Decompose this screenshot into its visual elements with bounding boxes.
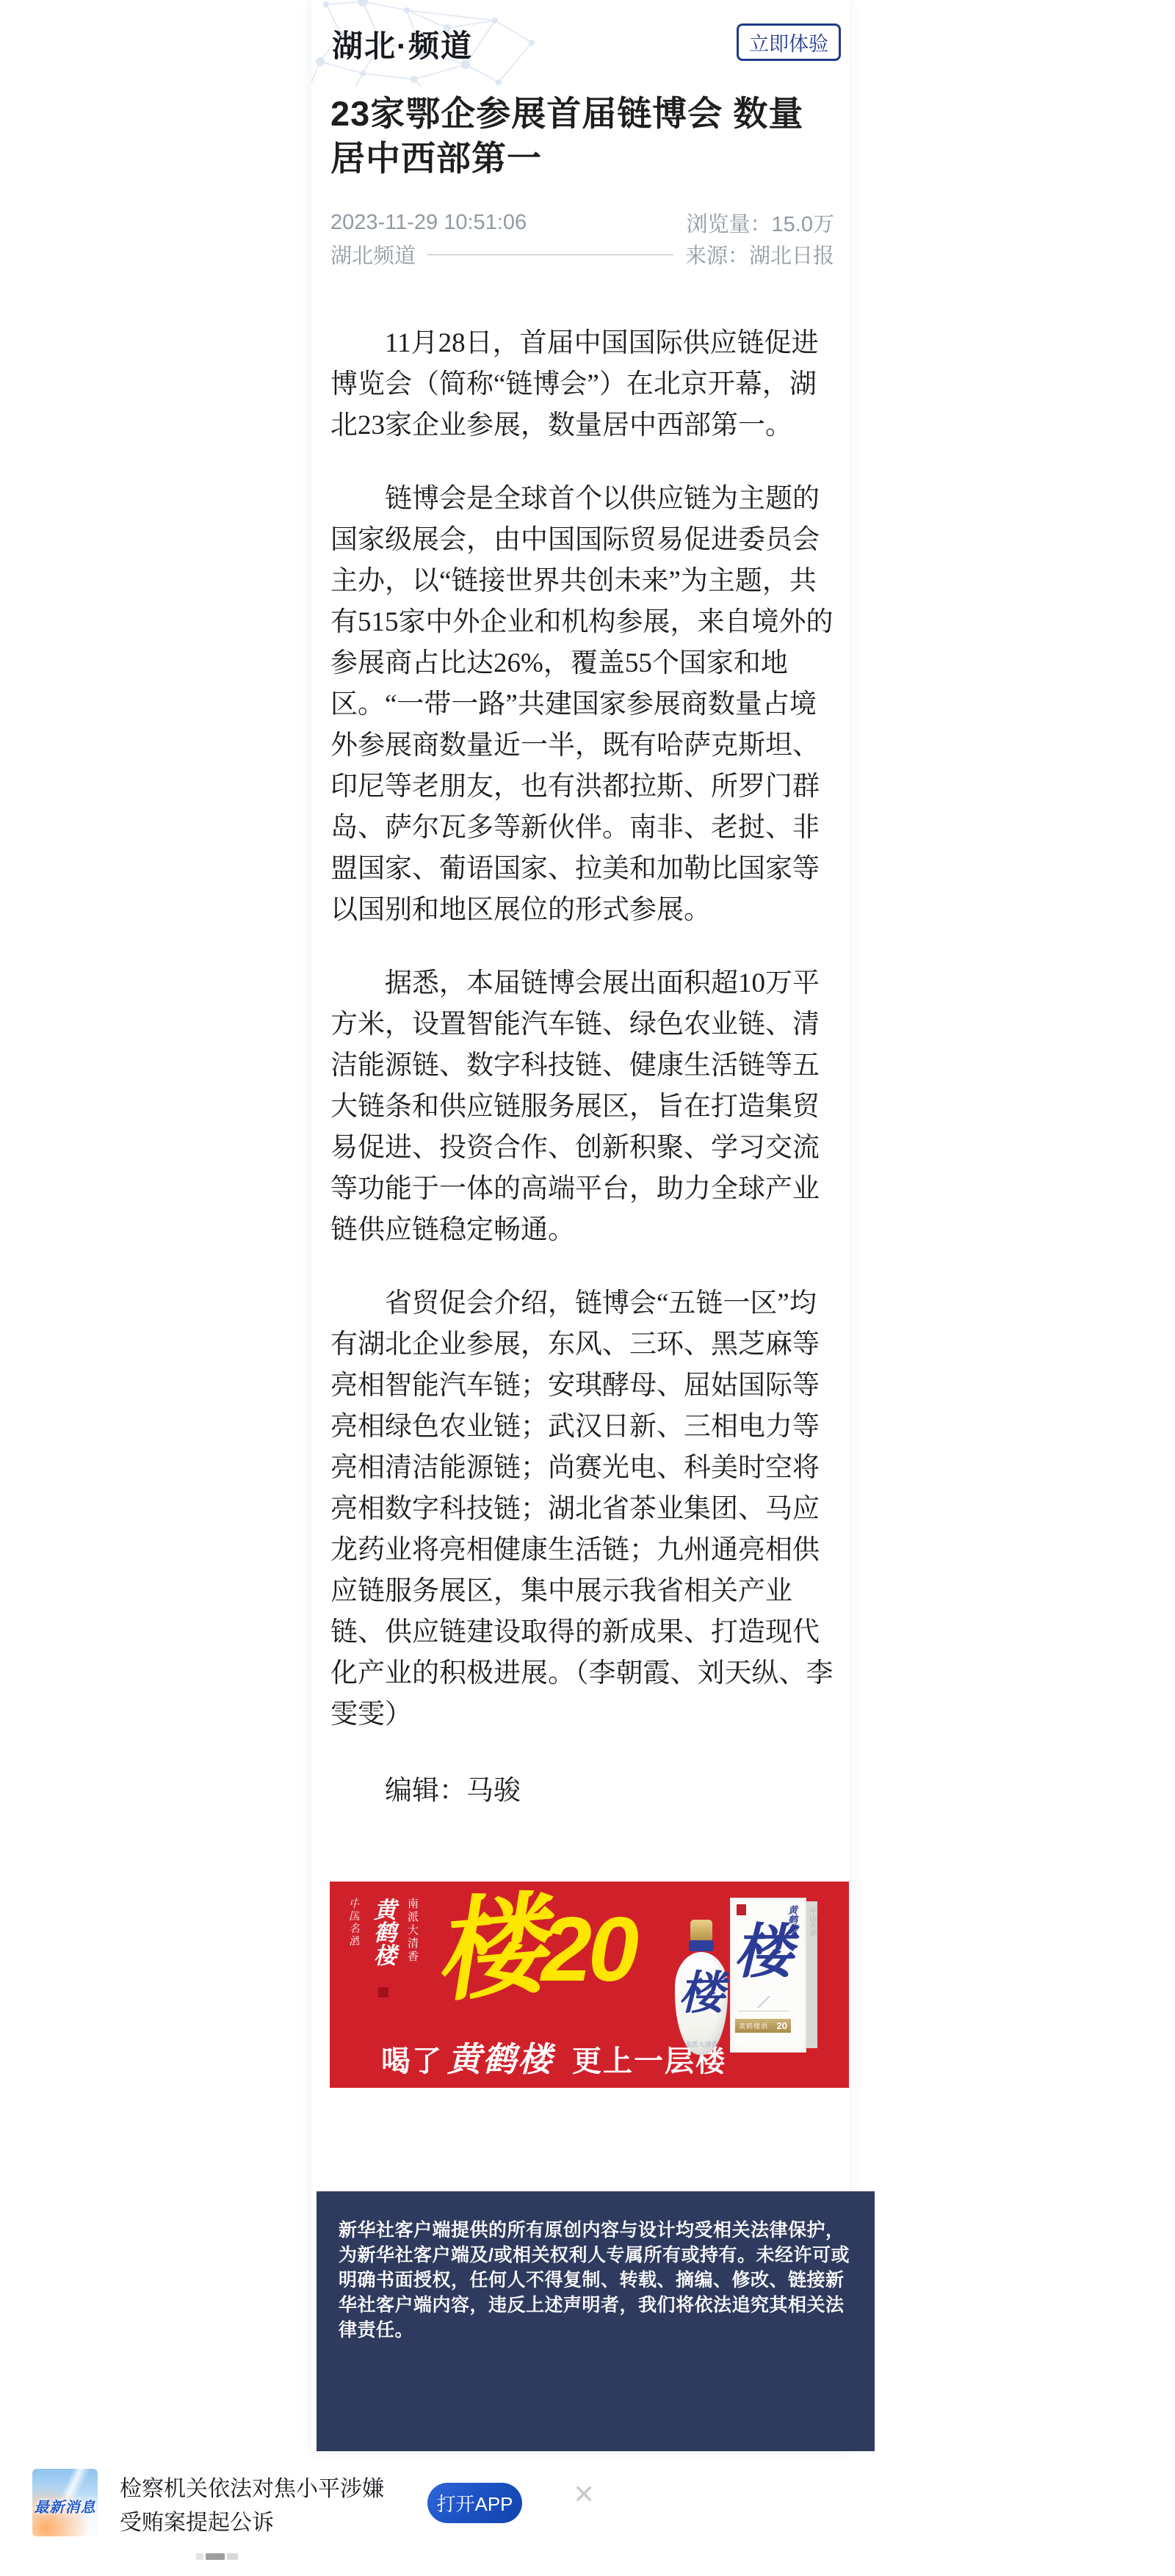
box-side-text: 中国名酒 — [806, 1907, 817, 2017]
liquor-box-graphic: 黄鹤楼 楼 黄鹤楼酒 20 中国名酒 — [730, 1898, 818, 2053]
try-now-button[interactable]: 立即体验 — [737, 23, 841, 61]
channel-header: 湖北·频道 立即体验 — [311, 0, 850, 87]
carousel-segment — [196, 2553, 203, 2560]
ad-tagline-brand: 黄鹤楼 — [447, 2041, 553, 2078]
liquor-bottle-graphic: 楼 南派大清香 — [675, 1920, 728, 2055]
meta-divider-line — [427, 254, 673, 255]
ad-brand-left-text: 中国名酒 — [346, 1898, 361, 1961]
open-app-button[interactable]: 打开APP — [427, 2483, 522, 2523]
channel-label: 湖北频道 — [330, 239, 416, 269]
box-front: 黄鹤楼 楼 黄鹤楼酒 20 — [730, 1898, 806, 2053]
ad-brand-name: 黄鹤楼 — [366, 1898, 399, 1984]
article-body: 11月28日，首届中国国际供应链促进博览会（简称“链博会”）在北京开幕，湖北23… — [330, 297, 837, 1812]
box-strip-text: 黄鹤楼酒 — [739, 2021, 768, 2031]
bottle-body: 楼 南派大清香 — [675, 1952, 728, 2055]
ad-big-headline: 楼 20 — [434, 1895, 635, 2005]
ad-brand-seal — [378, 1987, 388, 1998]
box-char: 楼 — [731, 1923, 795, 1982]
ad-big-number: 20 — [541, 1904, 635, 1995]
paragraph: 链博会是全球首个以供应链为主题的国家级展会，由中国国际贸易促进委员会主办，以“链… — [330, 479, 837, 931]
ad-tagline-pre: 喝了 — [381, 2045, 443, 2078]
paragraph: 省贸促会介绍，链博会“五链一区”均有湖北企业参展，东风、三环、黑芝麻等亮相智能汽… — [330, 1283, 837, 1735]
ad-big-char: 楼 — [430, 1890, 549, 2010]
ad-brand-logo: 中国名酒 黄鹤楼 南派大清香 — [346, 1898, 420, 1998]
bottle-collar — [689, 1940, 714, 1951]
bottle-cap — [690, 1920, 712, 1940]
publish-date: 2023-11-29 10:51:06 — [330, 211, 527, 235]
close-icon[interactable]: ✕ — [573, 2481, 595, 2508]
ad-brand-slogan-vertical: 南派大清香 — [405, 1898, 420, 1974]
view-count: 浏览量：15.0万 — [687, 208, 834, 238]
paragraph: 11月28日，首届中国国际供应链促进博览会（简称“链博会”）在北京开幕，湖北23… — [330, 323, 837, 446]
news-thumbnail[interactable]: 最新消息 — [32, 2469, 98, 2536]
article-title: 23家鄂企参展首届链博会 数量居中西部第一 — [330, 91, 839, 181]
copyright-disclaimer-box: 新华社客户端提供的所有原创内容与设计均受相关法律保护，为新华社客户端及/或相关权… — [317, 2191, 875, 2451]
carousel-indicator — [196, 2553, 238, 2560]
box-strip-number: 20 — [777, 2020, 787, 2031]
meta-row-1: 2023-11-29 10:51:06 浏览量：15.0万 — [330, 207, 834, 239]
box-gold-strip: 黄鹤楼酒 20 — [735, 2019, 791, 2033]
editor-line: 编辑：马骏 — [330, 1771, 837, 1812]
bottle-small-text: 南派大清香 — [675, 2039, 728, 2049]
box-seal — [737, 1904, 746, 1915]
box-pagoda-art — [738, 1992, 789, 2011]
box-side: 中国名酒 — [806, 1901, 817, 2048]
carousel-segment-active — [206, 2553, 225, 2560]
liquor-ad-banner[interactable]: 中国名酒 黄鹤楼 南派大清香 楼 20 喝了黄鹤楼更上一层楼 楼 南派大清香 — [330, 1882, 849, 2088]
bottle-char: 楼 — [675, 1971, 728, 2017]
channel-title: 湖北·频道 — [332, 22, 473, 66]
meta-row-2: 湖北频道 来源：湖北日报 — [330, 239, 834, 270]
paragraph: 据悉，本届链博会展出面积超10万平方米，设置智能汽车链、绿色农业链、清洁能源链、… — [330, 963, 837, 1251]
copyright-disclaimer-text: 新华社客户端提供的所有原创内容与设计均受相关法律保护，为新华社客户端及/或相关权… — [339, 2218, 853, 2343]
article-meta: 2023-11-29 10:51:06 浏览量：15.0万 湖北频道 来源：湖北… — [330, 207, 834, 270]
app-promo-bar: 最新消息 检察机关依法对焦小平涉嫌受贿案提起公诉 打开APP ✕ — [0, 2461, 1175, 2576]
source-label: 来源：湖北日报 — [685, 239, 834, 269]
promo-news-headline[interactable]: 检察机关依法对焦小平涉嫌受贿案提起公诉 — [120, 2472, 400, 2540]
carousel-segment — [227, 2553, 238, 2560]
news-thumbnail-label: 最新消息 — [32, 2495, 98, 2517]
page: 湖北·频道 立即体验 23家鄂企参展首届链博会 数量居中西部第一 2023-11… — [0, 0, 1175, 2576]
